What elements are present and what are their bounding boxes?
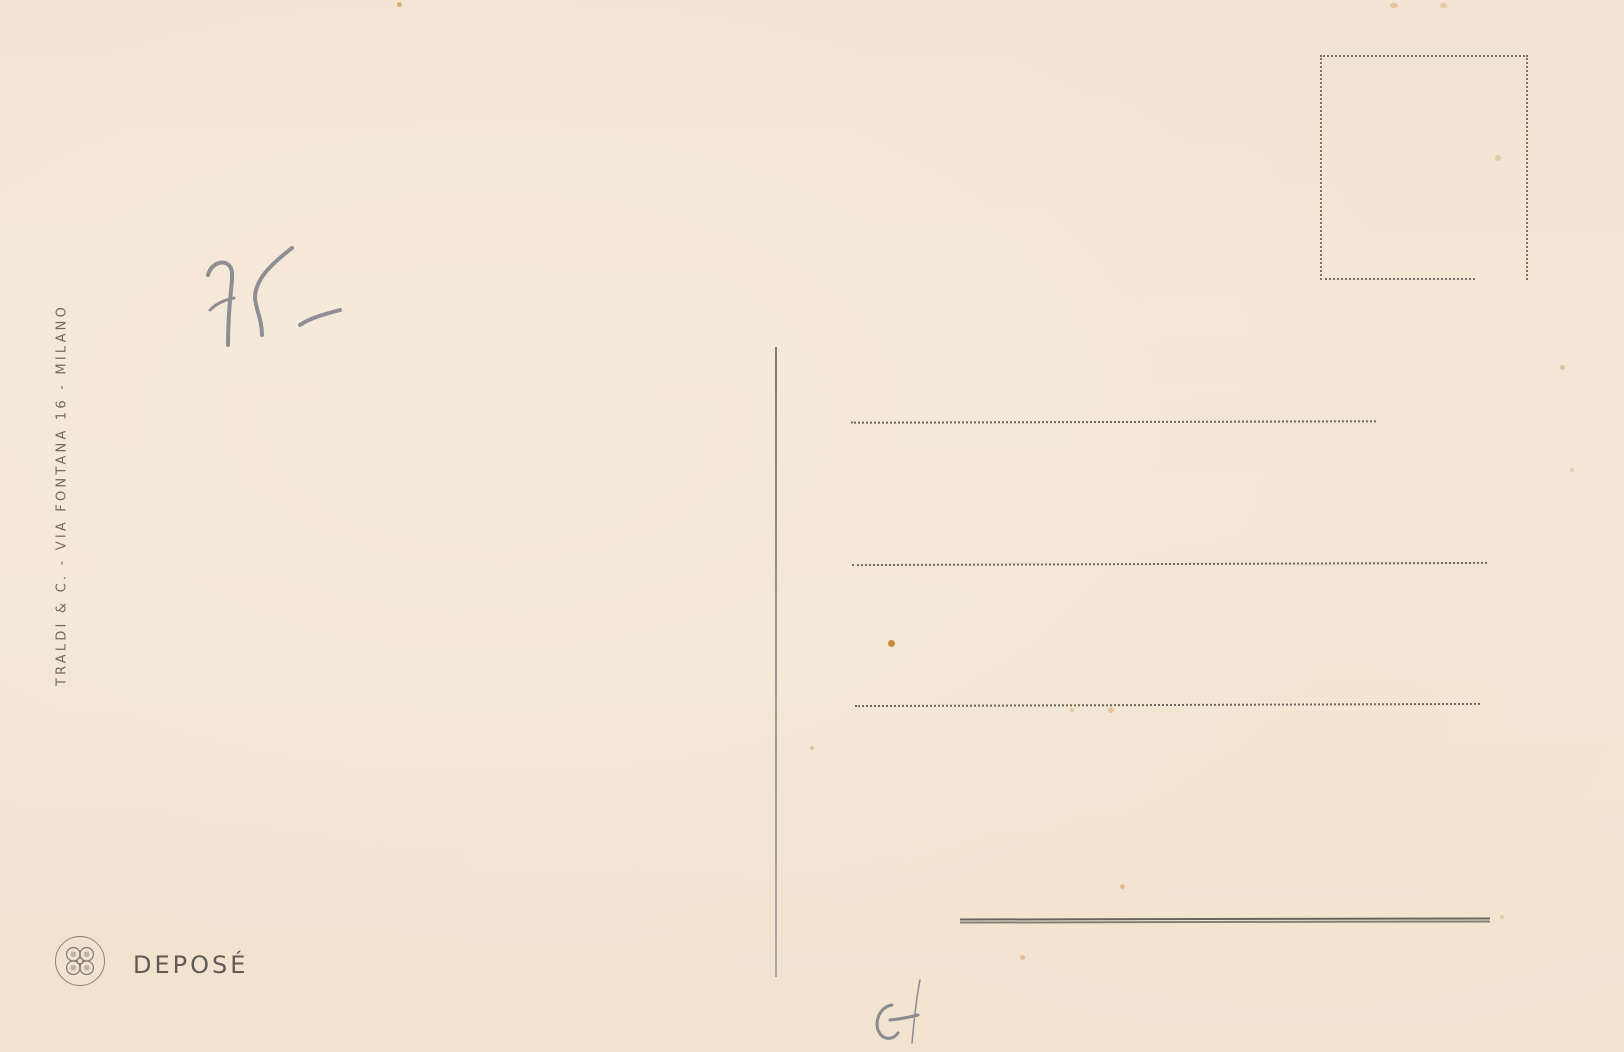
foxing-spot	[888, 640, 895, 647]
pencil-grade-mark: G	[870, 975, 940, 1045]
foxing-spot	[1120, 884, 1125, 889]
foxing-spot	[1070, 708, 1074, 712]
publisher-imprint: TRALDI & C. - VIA FONTANA 16 - MILANO	[55, 304, 70, 686]
vertical-divider	[775, 347, 777, 977]
address-line-3	[855, 703, 1480, 707]
address-bottom-rule	[960, 917, 1490, 923]
postcard-back: TRALDI & C. - VIA FONTANA 16 - MILANO 75…	[0, 0, 1624, 1052]
foxing-spot	[1495, 155, 1501, 161]
foxing-spot	[397, 2, 402, 7]
foxing-spot	[1570, 468, 1574, 472]
clover-seal-icon	[55, 936, 105, 986]
foxing-spot	[1020, 955, 1025, 960]
foxing-spot	[1500, 915, 1504, 919]
handwritten-price-icon	[200, 240, 350, 360]
foxing-spot	[1440, 3, 1447, 8]
foxing-spot	[1390, 3, 1398, 8]
foxing-spot	[1108, 707, 1114, 713]
depose-label: DEPOSÉ	[133, 951, 248, 979]
address-line-2	[852, 562, 1487, 566]
pencil-price-mark: 75 -	[200, 240, 350, 360]
foxing-spot	[1560, 365, 1565, 370]
foxing-spot	[810, 746, 814, 750]
stamp-box	[1320, 55, 1528, 280]
stamp-box-bottom-edge	[1320, 278, 1475, 280]
address-line-1	[851, 420, 1376, 423]
handwritten-grade-icon	[870, 975, 940, 1045]
